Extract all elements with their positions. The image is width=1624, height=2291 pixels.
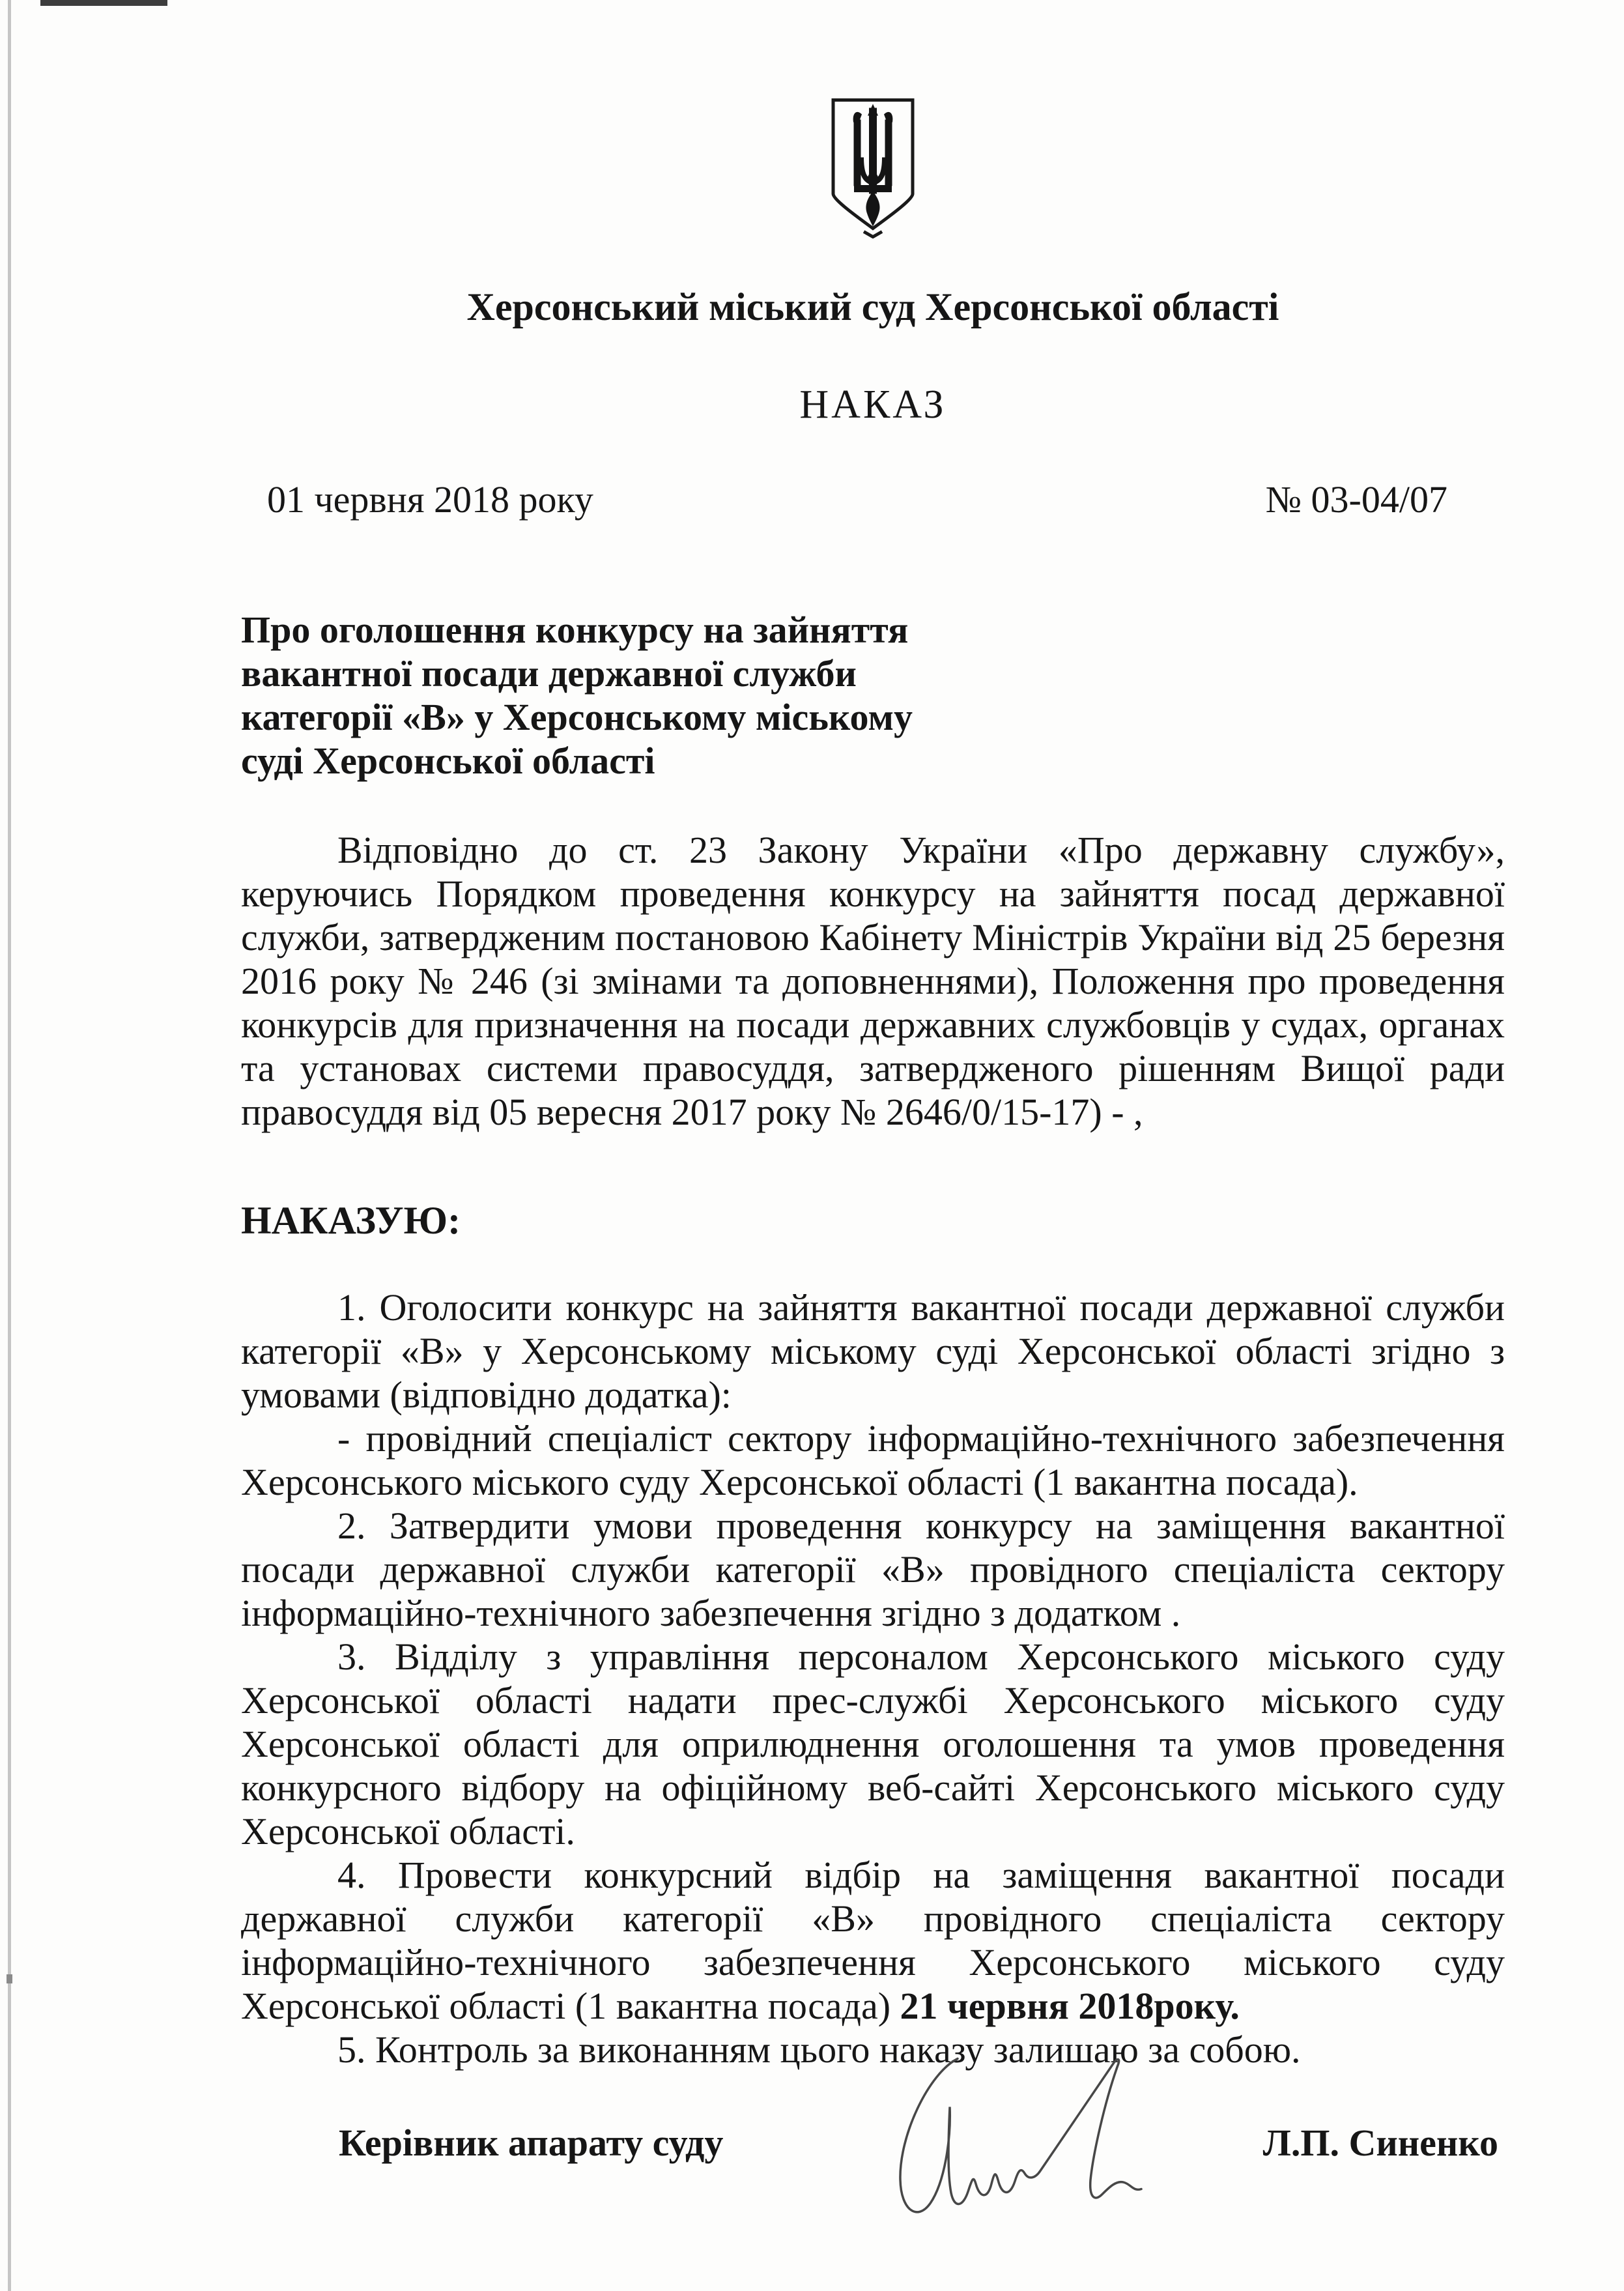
document-number: № 03-04/07 [1266, 478, 1447, 521]
order-item-4: 4. Провести конкурсний відбір на заміщен… [241, 1853, 1505, 2028]
order-items: 1. Оголосити конкурс на зайняття вакантн… [241, 1286, 1505, 2071]
document-type: НАКАЗ [241, 383, 1505, 427]
document-date: 01 червня 2018 року [267, 478, 593, 521]
order-item-1-detail: - провідний спеціаліст сектору інформаці… [241, 1417, 1505, 1504]
document-body: Херсонський міський суд Херсонської обла… [241, 0, 1505, 2165]
scan-left-edge-line [8, 0, 11, 2291]
order-item-2: 2. Затвердити умови проведення конкурсу … [241, 1504, 1505, 1635]
order-word: НАКАЗУЮ: [241, 1199, 1505, 1243]
order-item-1: 1. Оголосити конкурс на зайняття вакантн… [241, 1286, 1505, 1417]
order-item-4-deadline: 21 червня 2018року. [900, 1985, 1240, 2027]
preamble-paragraph: Відповідно до ст. 23 Закону України «Про… [241, 828, 1505, 1134]
signer-name: Л.П. Синенко [1263, 2121, 1498, 2165]
signer-position: Керівник апарату суду [339, 2121, 723, 2165]
date-number-row: 01 червня 2018 року № 03-04/07 [241, 478, 1505, 521]
scan-left-edge-notch [7, 1974, 12, 1983]
order-item-1-text: 1. Оголосити конкурс на зайняття вакантн… [241, 1286, 1505, 1416]
handwritten-signature-icon [860, 2043, 1166, 2241]
scan-top-strip [40, 0, 167, 6]
order-item-4-text: 4. Провести конкурсний відбір на заміщен… [241, 1854, 1505, 2027]
court-name: Херсонський міський суд Херсонської обла… [241, 285, 1505, 329]
order-item-3: 3. Відділу з управління персоналом Херсо… [241, 1635, 1505, 1853]
order-item-2-text: 2. Затвердити умови проведення конкурсу … [241, 1505, 1505, 1634]
order-item-3-text: 3. Відділу з управління персоналом Херсо… [241, 1635, 1505, 1852]
subject-block: Про оголошення конкурсу на зайняття вака… [241, 608, 1505, 783]
order-item-1-detail-text: - провідний спеціаліст сектору інформаці… [241, 1417, 1505, 1503]
